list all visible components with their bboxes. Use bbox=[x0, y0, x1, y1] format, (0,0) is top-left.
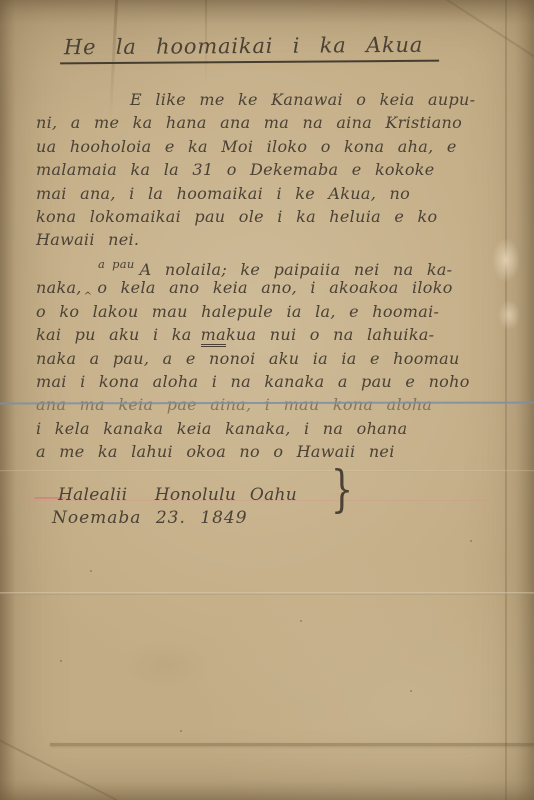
manuscript-line-text: kai pu aku i ka bbox=[36, 325, 192, 344]
signature-date: Noemaba 23. 1849 bbox=[52, 505, 297, 528]
paper-crease bbox=[0, 731, 117, 800]
closing-brace: } bbox=[331, 476, 353, 502]
double-underlined-word-part: ma bbox=[201, 325, 226, 347]
manuscript-line: mai ana, i la hoomaikai i ke Akua, no bbox=[36, 182, 514, 205]
interlinear-insertion: a pau bbox=[98, 257, 135, 271]
paper-speck bbox=[90, 570, 92, 572]
manuscript-line: ua hooholoia e ka Moi iloko o kona aha, … bbox=[36, 135, 514, 158]
paper-crease bbox=[440, 0, 534, 67]
document-title: He la hoomaikai i ka Akua bbox=[60, 33, 439, 65]
manuscript-line-text: o kela ano keia ano, i akoakoa iloko bbox=[97, 278, 452, 297]
paragraph-1: E like me ke Kanawai o keia aupu- ni, a … bbox=[36, 88, 514, 252]
manuscript-line: a me ka lahui okoa no o Hawaii nei bbox=[36, 440, 514, 463]
manuscript-line: malamaia ka la 31 o Dekemaba e kokoke bbox=[36, 158, 514, 181]
struck-out-line: ana ma keia pae aina, i mau kona aloha bbox=[36, 393, 514, 416]
manuscript-page: He la hoomaikai i ka Akua E like me ke K… bbox=[0, 0, 534, 800]
manuscript-line: i kela kanaka keia kanaka, i na ohana bbox=[36, 417, 514, 440]
manuscript-line: ni, a me ka hana ana ma na aina Kristian… bbox=[36, 111, 514, 134]
paper-stain bbox=[120, 640, 210, 690]
signature-place-line: Halealii Honolulu Oahu bbox=[58, 482, 297, 505]
manuscript-line: a pauA nolaila; ke paipaiia nei na ka- bbox=[36, 253, 514, 276]
manuscript-line-text: naka, bbox=[36, 278, 82, 297]
manuscript-line: kai pu aku i kamakua nui o na lahuika- bbox=[36, 323, 514, 346]
paper-speck bbox=[300, 620, 302, 622]
paper-speck bbox=[410, 690, 412, 692]
manuscript-line: naka a pau, a e nonoi aku ia ia e hoomau bbox=[36, 347, 514, 370]
manuscript-line: Hawaii nei. bbox=[36, 228, 514, 251]
manuscript-line: E like me ke Kanawai o keia aupu- bbox=[36, 88, 514, 111]
paper-speck bbox=[60, 660, 62, 662]
paper-fold-line bbox=[0, 592, 534, 595]
manuscript-line-text: kua nui o na lahuika- bbox=[226, 325, 434, 344]
paper-fold-line bbox=[50, 743, 534, 746]
signature-place: Halealii Honolulu Oahu bbox=[58, 485, 297, 505]
paper-speck bbox=[180, 730, 182, 732]
paper-fold-line bbox=[0, 470, 534, 472]
manuscript-line: o ko lakou mau halepule ia la, e hoomai- bbox=[36, 300, 514, 323]
manuscript-line: kona lokomaikai pau ole i ka heluia e ko bbox=[36, 205, 514, 228]
manuscript-line: naka,^o kela ano keia ano, i akoakoa ilo… bbox=[36, 276, 514, 299]
paper-speck bbox=[470, 540, 472, 542]
paragraph-2: a pauA nolaila; ke paipaiia nei na ka- n… bbox=[36, 253, 514, 464]
signature-block: Halealii Honolulu Oahu } Noemaba 23. 184… bbox=[58, 482, 297, 529]
manuscript-line: mai i kona aloha i na kanaka a pau e noh… bbox=[36, 370, 514, 393]
